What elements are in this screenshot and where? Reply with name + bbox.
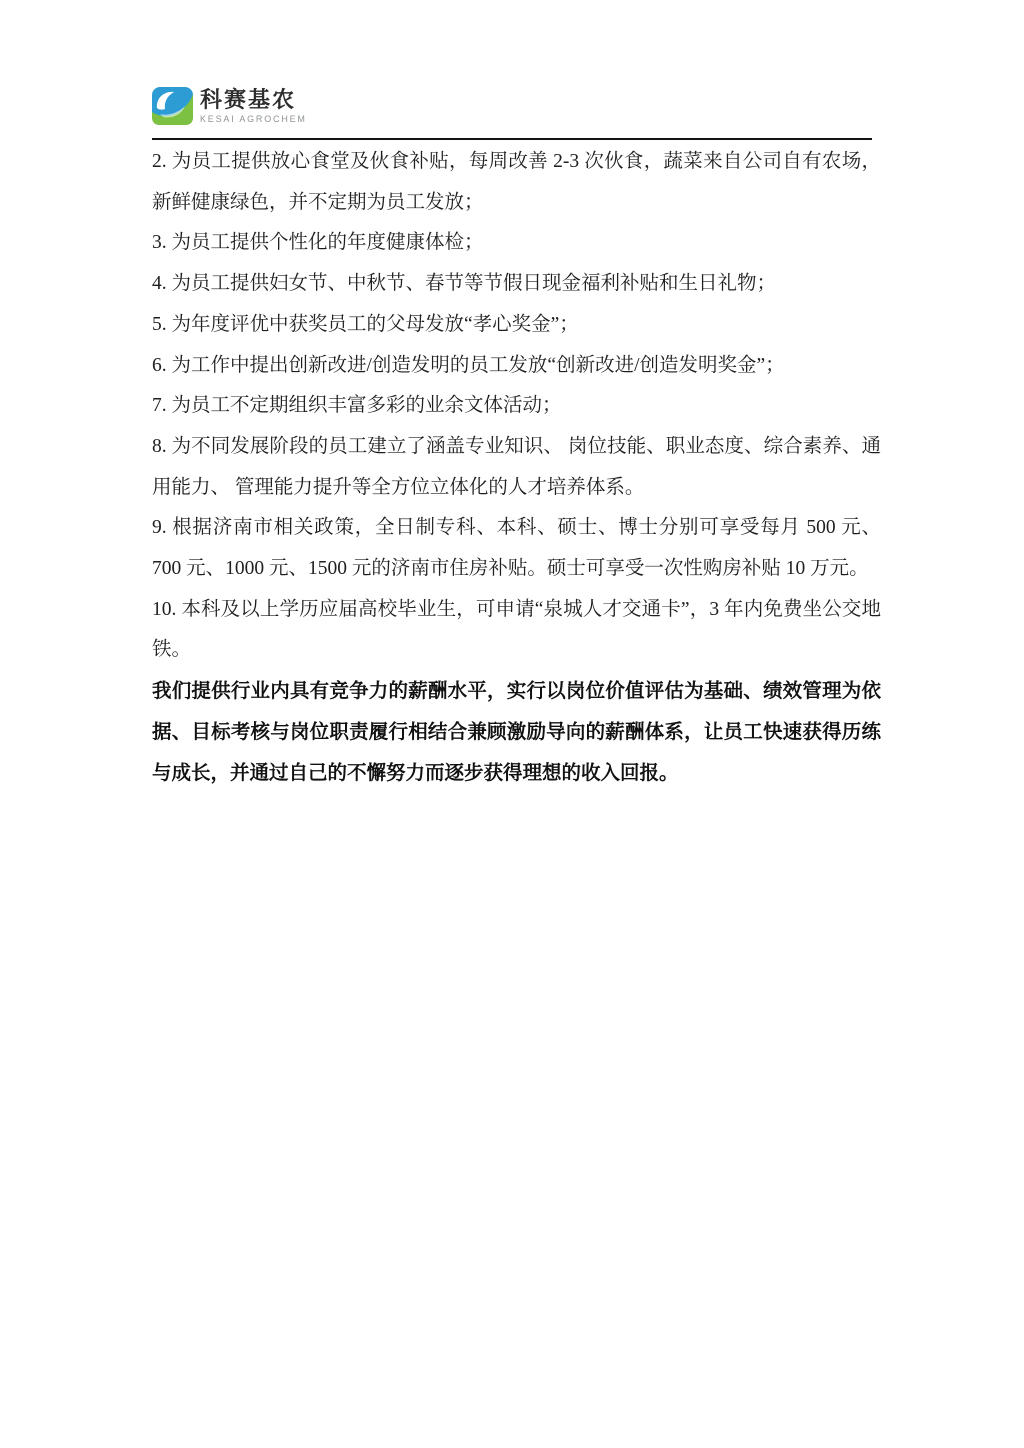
header-divider [152,138,872,140]
benefit-item: 5. 为年度评优中获奖员工的父母发放“孝心奖金”； [152,305,881,346]
benefit-item: 8. 为不同发展阶段的员工建立了涵盖专业知识、 岗位技能、职业态度、综合素养、通… [152,427,881,508]
benefit-item: 2. 为员工提供放心食堂及伙食补贴，每周改善 2-3 次伙食，蔬菜来自公司自有农… [152,142,881,223]
company-logo-icon [152,87,193,125]
benefit-item: 4. 为员工提供妇女节、中秋节、春节等节假日现金福利补贴和生日礼物； [152,264,881,305]
document-page: 科赛基农 KESAI AGROCHEM 2. 为员工提供放心食堂及伙食补贴，每周… [0,0,1024,1448]
benefit-list: 2. 为员工提供放心食堂及伙食补贴，每周改善 2-3 次伙食，蔬菜来自公司自有农… [152,142,881,671]
document-body: 2. 为员工提供放心食堂及伙食补贴，每周改善 2-3 次伙食，蔬菜来自公司自有农… [152,142,881,793]
benefit-item: 10. 本科及以上学历应届高校毕业生，可申请“泉城人才交通卡”，3 年内免费坐公… [152,590,881,671]
company-logo: 科赛基农 KESAI AGROCHEM [152,87,881,125]
benefit-item: 3. 为员工提供个性化的年度健康体检； [152,223,881,264]
company-name: 科赛基农 [200,88,307,112]
closing-paragraph: 我们提供行业内具有竞争力的薪酬水平，实行以岗位价值评估为基础、绩效管理为依据、目… [152,671,881,793]
benefit-item: 6. 为工作中提出创新改进/创造发明的员工发放“创新改进/创造发明奖金”； [152,346,881,387]
benefit-item: 7. 为员工不定期组织丰富多彩的业余文体活动； [152,386,881,427]
company-logo-text: 科赛基农 KESAI AGROCHEM [200,88,307,125]
benefit-item: 9. 根据济南市相关政策，全日制专科、本科、硕士、博士分别可享受每月 500 元… [152,508,881,589]
company-subtitle: KESAI AGROCHEM [200,113,307,125]
